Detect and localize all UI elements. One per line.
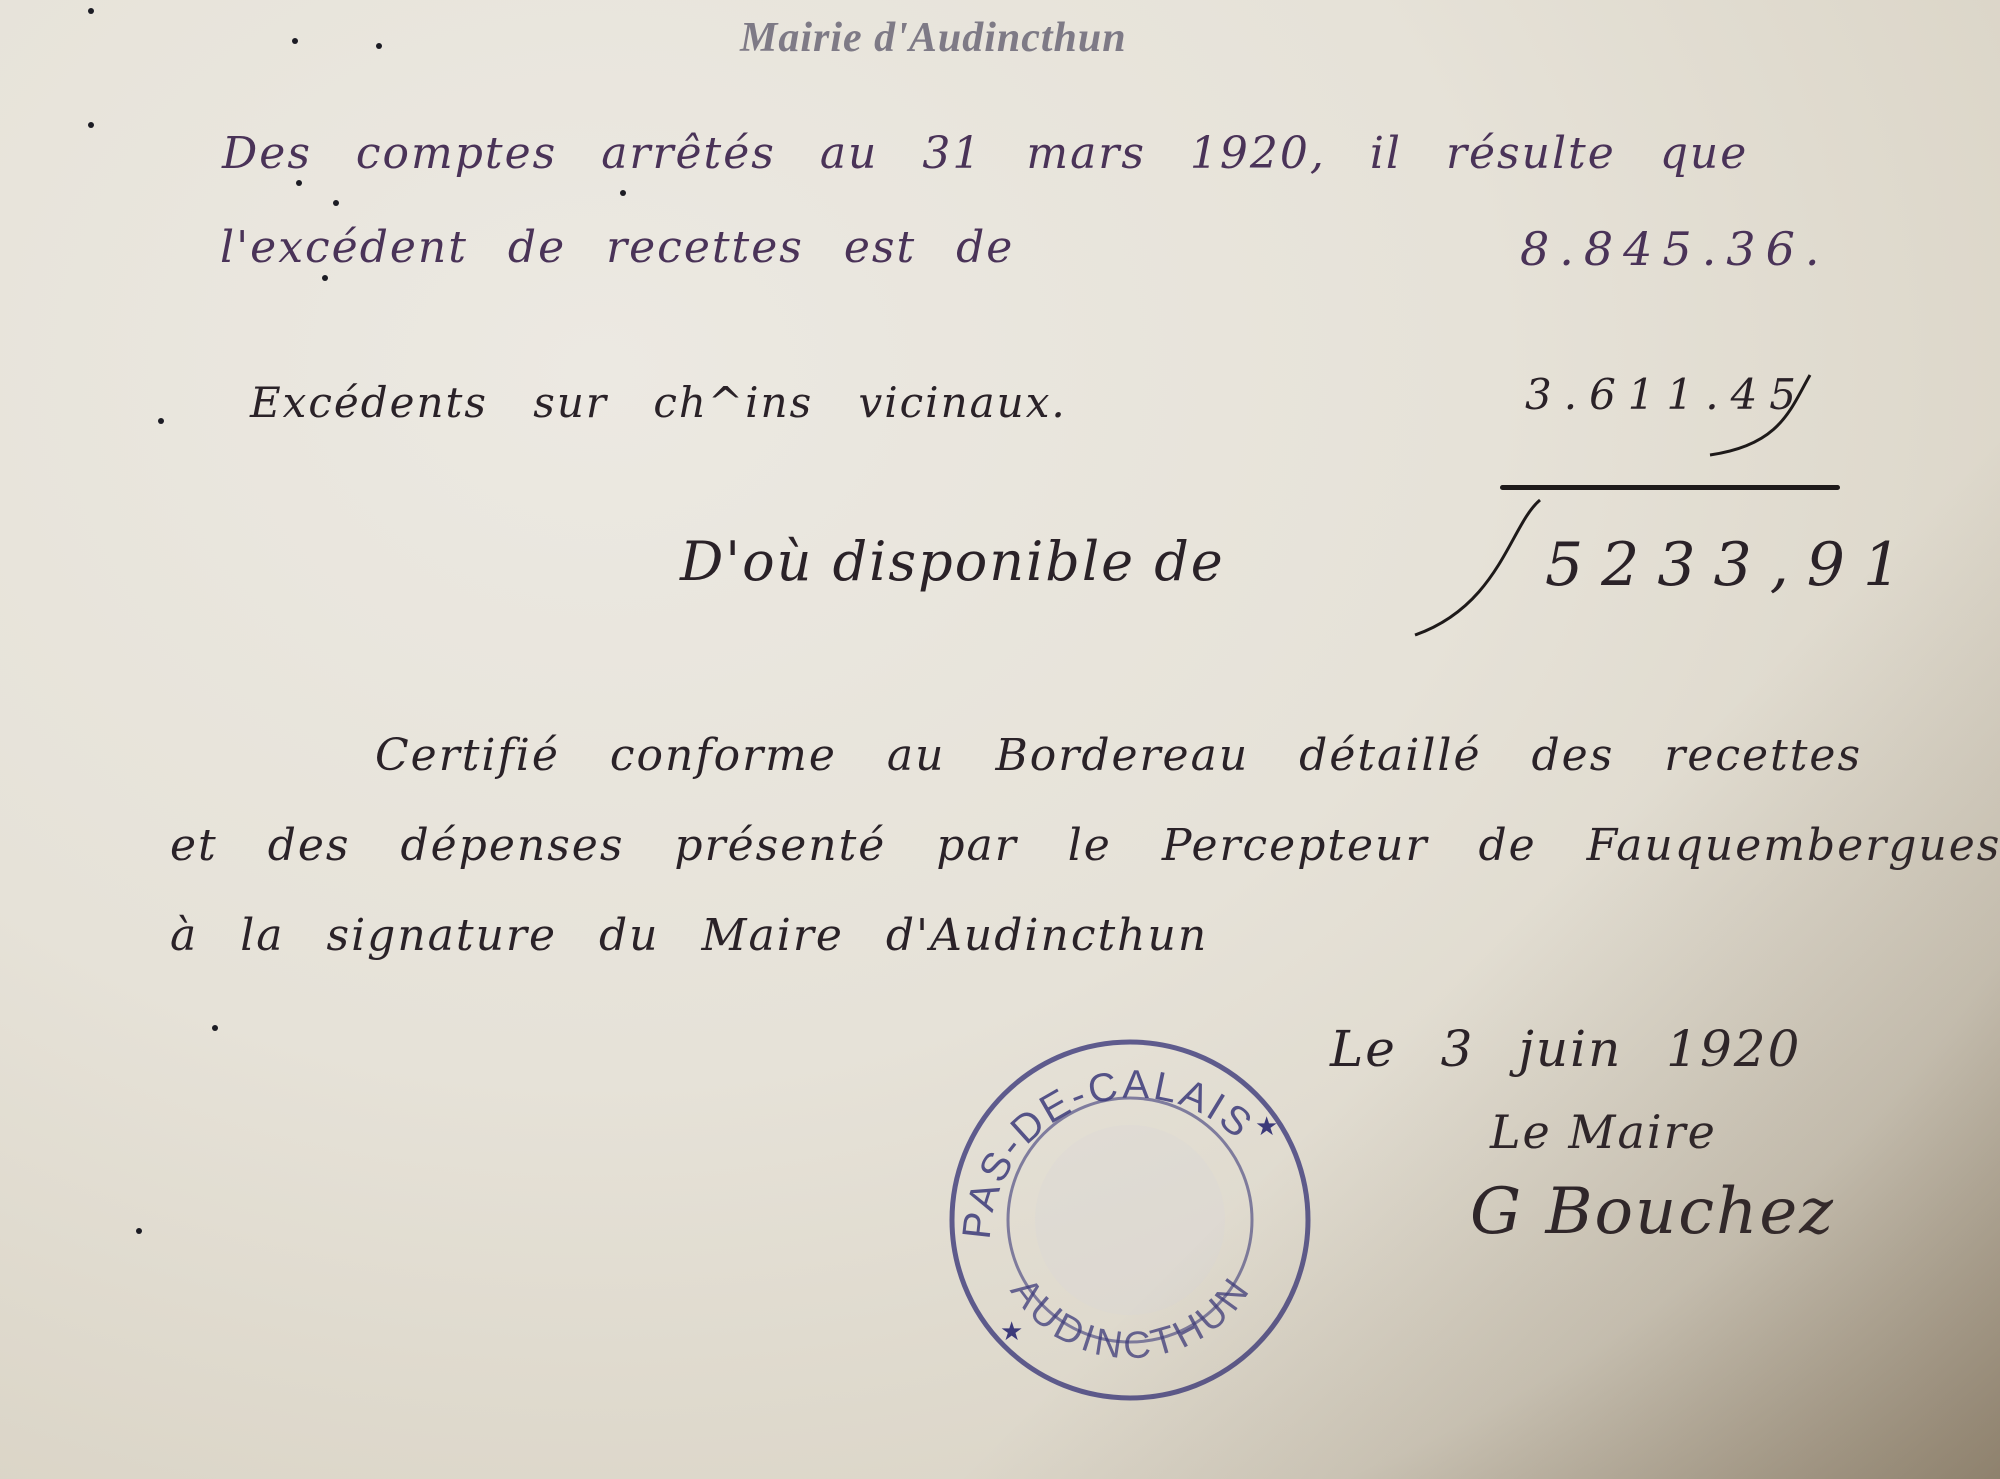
accounts-intro-line-1: Des comptes arrêtés au 31 mars 1920, il … (222, 128, 1748, 179)
paper-speck (333, 200, 339, 206)
paper-speck (322, 275, 328, 281)
signature-date: Le 3 juin 1920 (1330, 1020, 1801, 1078)
paper-speck (136, 1228, 142, 1234)
paper-speck (88, 122, 94, 128)
paper-speck (620, 190, 626, 196)
paper-speck (296, 180, 302, 186)
available-label: D'où disponible de (680, 530, 1225, 593)
letterhead-stamp: Mairie d'Audincthun (740, 14, 1127, 62)
accounts-intro-line-2: l'excédent de recettes est de (220, 222, 1014, 273)
sum-rule-line (1500, 485, 1840, 490)
seal-star-icon: ★ (1255, 1112, 1278, 1142)
paper-speck (88, 8, 94, 14)
excess-receipts-amount: 8.845.36. (1520, 222, 1829, 276)
seal-star-icon: ★ (1000, 1317, 1023, 1347)
chemins-vicinaux-label: Excédents sur ch^ins vicinaux. (250, 378, 1067, 427)
available-amount: 5233,91 (1545, 530, 1919, 600)
mayor-title: Le Maire (1490, 1105, 1717, 1159)
paper-speck (158, 418, 164, 424)
municipal-seal-icon: PAS-DE-CALAIS AUDINCTHUN ★ ★ (930, 1020, 1330, 1420)
paper-speck (376, 43, 382, 49)
certification-line-3: à la signature du Maire d'Audincthun (170, 910, 1208, 961)
paper-sheet: Mairie d'Audincthun Des comptes arrêtés … (0, 0, 2000, 1479)
certification-line-2: et des dépenses présenté par le Percepte… (170, 820, 2000, 871)
paper-speck (292, 38, 298, 44)
total-flourish (1410, 495, 1550, 645)
mayor-signature: G Bouchez (1470, 1175, 1835, 1249)
certification-line-1: Certifié conforme au Bordereau détaillé … (375, 730, 1862, 781)
paper-speck (212, 1025, 218, 1031)
subtraction-flourish (1700, 370, 1860, 470)
